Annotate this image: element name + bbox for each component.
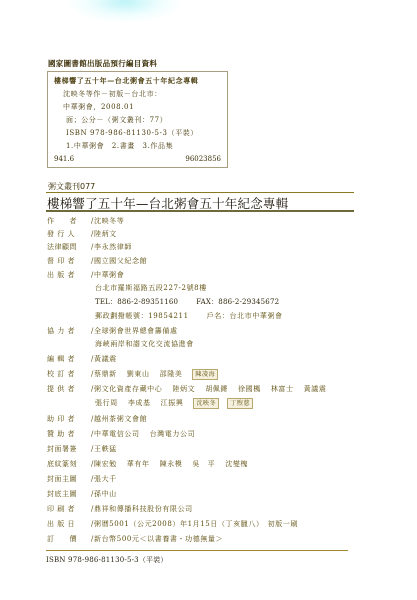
credit-label: 封面主圖 [47,473,91,485]
credit-seal-carving: 底紋篆刻/陳宏勉華有年陳永模吳 平沈燮槐 [47,458,258,470]
credit-label: 封面署簽 [47,443,91,455]
publisher-fax: FAX：886-2-29345672 [196,298,279,306]
cip-record-box: 樓梯響了五十年—台北粥會五十年紀念專輯 沈映冬等作－初版－台北市： 中華粥會，2… [47,71,228,168]
credit-back-art: 封底主圖/孫中山 [47,488,117,500]
credit-cover-art: 封面主圖/張大千 [47,473,117,485]
series-label: 粥文叢刊077 [48,181,95,192]
credit-name: 徐國楓 [238,385,261,393]
cip-line-author: 沈映冬等作－初版－台北市： [63,89,162,99]
credit-name: 陳宏勉 [94,460,117,468]
credit-value: 李永然律師 [94,243,132,251]
cip-record-number: 96023856 [185,155,221,163]
decorative-glow [70,0,180,22]
credit-name: 吳 平 [192,460,215,468]
credit-printing-aid: 助 印 者/越州茶粥文會館 [47,413,147,425]
credit-name: 胡佩鏘 [205,385,228,393]
credit-supervisor: 督 印 者/國立國父紀念館 [47,255,147,267]
account-name: 戶名：台北市中華粥會 [207,312,283,320]
publisher-contact: TEL：886-2-89351160FAX：886-2-29345672 [95,297,279,307]
credit-value: 陸炳文 [94,230,117,238]
cip-line-subjects: 1.中華粥會 2.書畫 3.作品集 [66,141,173,151]
credit-value: 全球粥會世界總會籌備處 [94,327,178,335]
credit-pub-date: 出 版 日/粥曆5001（公元2008）年1月15日（丁亥臘八） 初版一刷 [47,518,298,530]
credit-label: 封底主圖 [47,488,91,500]
credit-label: 作 者 [47,215,91,227]
credit-name: 劉東山 [127,370,150,378]
cip-heading: 國家圖書館出版品預行編目資料 [48,58,157,69]
footer-rule [46,550,348,551]
credit-name: 華有年 [127,460,150,468]
publisher-postal: 郵政劃撥帳號：19854211戶名：台北市中華粥會 [95,311,283,321]
credit-author: 作 者/沈映冬等 [47,215,124,227]
credit-label: 編 輯 者 [47,353,91,365]
credit-printer: 印 刷 者/鼎祥和傳播科技股份有限公司 [47,503,193,515]
cip-line-isbn: ISBN 978-986-81130-5-3（平裝） [66,128,198,138]
credit-value: 國立國父紀念館 [94,257,147,265]
credit-label: 提 供 者 [47,383,91,395]
credit-label: 督 印 者 [47,255,91,267]
credit-label: 協 力 者 [47,325,91,337]
credit-label: 校 訂 者 [47,368,91,380]
credit-name: 邵隆美 [160,370,183,378]
title-rule-top [46,192,354,193]
credit-name: 台灣電力公司 [150,430,196,438]
credit-name: 中華電信公司 [94,430,140,438]
title-rule-bottom [46,210,354,212]
credit-name: 陸炳文 [172,385,195,393]
credit-name: 陳永模 [160,460,183,468]
credit-label: 助 印 者 [47,413,91,425]
credit-sponsor: 贊 助 者/中華電信公司台灣電力公司 [47,428,205,440]
cip-line-publisher: 中華粥會，2008.01 [63,102,134,112]
credit-label: 印 刷 者 [47,503,91,515]
credit-label: 發 行 人 [47,228,91,240]
credit-name: 粥文化資產存藏中心 [94,385,162,393]
credit-value: 黃議震 [94,355,117,363]
credit-name-highlighted: 陳凌海 [192,369,218,380]
credit-value: 沈映冬等 [94,217,124,225]
credit-value: 鼎祥和傳播科技股份有限公司 [94,505,193,513]
credit-name-highlighted: 丁煦慈 [227,398,253,409]
publisher-tel: TEL：886-2-89351160 [95,298,178,306]
credit-name: 林富士 [271,385,294,393]
credit-issuer: 發 行 人/陸炳文 [47,228,117,240]
credit-cover-inscription: 封面署簽/王軼猛 [47,443,117,455]
credit-editor: 編 輯 者/黃議震 [47,353,117,365]
credit-name-highlighted: 沈映冬 [193,398,219,409]
publisher-address: 台北市羅斯福路五段227-2號8樓 [95,283,207,293]
credit-value: 孫中山 [94,490,117,498]
credit-value: 新台幣500元＜以書養書・功德無量＞ [94,535,223,543]
credit-value: 中華粥會 [94,271,124,279]
credit-publisher: 出 版 者/中華粥會 [47,269,124,281]
credit-name: 張行周 [95,399,118,407]
credit-name: 沈燮槐 [225,460,248,468]
credit-name: 蔡鼎新 [94,370,117,378]
credit-label: 法律顧問 [47,241,91,253]
credit-value: 王軼猛 [94,445,117,453]
credit-value: 越州茶粥文會館 [94,415,147,423]
provider-2: 張行周李成基江振興沈映冬丁煦慈 [95,398,261,409]
credit-value: 張大千 [94,475,117,483]
credit-proofreader: 校 訂 者/蔡鼎新劉東山邵隆美陳凌海 [47,368,226,380]
credit-label: 出 版 日 [47,518,91,530]
cip-class-number: 941.6 [54,155,74,163]
credit-label: 贊 助 者 [47,428,91,440]
cooperator-2: 海峽兩岸和諧文化交流協進會 [95,339,194,349]
isbn-footer: ISBN 978-986-81130-5-3（平裝） [46,555,168,565]
credit-label: 訂 價 [47,533,91,545]
cip-line-title: 樓梯響了五十年—台北粥會五十年紀念專輯 [54,76,198,86]
credit-name: 李成基 [128,399,151,407]
credit-name: 黃議震 [304,385,327,393]
credit-legal: 法律顧問/李永然律師 [47,241,132,253]
credit-name: 江振興 [161,399,184,407]
cip-line-format: 面；公分－（粥文叢刊：77） [66,115,167,125]
credit-provider: 提 供 者/粥文化資產存藏中心陸炳文胡佩鏘徐國楓林富士黃議震 [47,383,336,395]
postal-account: 郵政劃撥帳號：19854211 [95,312,189,320]
credit-cooperator: 協 力 者/全球粥會世界總會籌備處 [47,325,178,337]
credit-label: 底紋篆刻 [47,458,91,470]
credit-price: 訂 價/新台幣500元＜以書養書・功德無量＞ [47,533,223,545]
credit-label: 出 版 者 [47,269,91,281]
credit-value: 粥曆5001（公元2008）年1月15日（丁亥臘八） 初版一刷 [94,520,298,528]
